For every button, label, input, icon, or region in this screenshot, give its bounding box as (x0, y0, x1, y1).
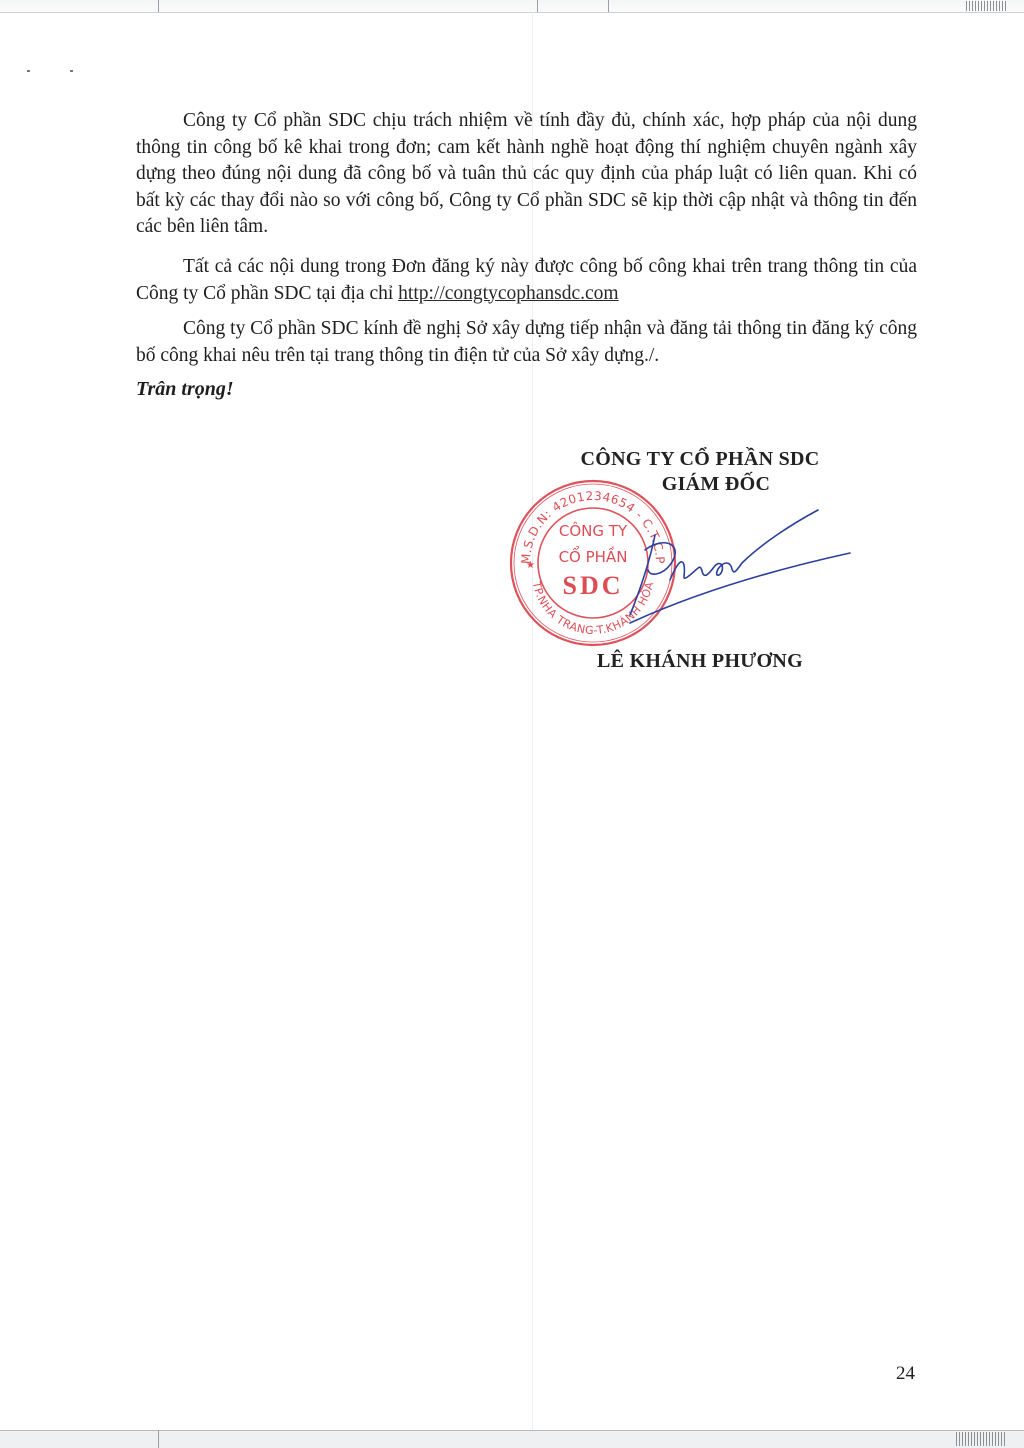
paragraph-request: Công ty Cổ phần SDC kính đề nghị Sở xây … (136, 316, 917, 369)
scan-mark (158, 1430, 159, 1448)
signer-name: LÊ KHÁNH PHƯƠNG (540, 650, 860, 673)
stamp-star-icon: ★ (526, 560, 535, 571)
scan-mark (158, 0, 159, 12)
closing-greeting: Trân trọng! (136, 378, 234, 401)
scan-mark (537, 0, 538, 12)
signer-company: CÔNG TY CỔ PHẦN SDC (540, 448, 860, 471)
handwritten-signature (610, 505, 860, 635)
page-number: 24 (896, 1363, 915, 1385)
scan-barcode (966, 1, 1006, 11)
paragraph-responsibility: Công ty Cổ phần SDC chịu trách nhiệm về … (136, 108, 917, 241)
scan-barcode (956, 1432, 1006, 1446)
scan-bottom-edge (0, 1430, 1024, 1448)
scan-speck (70, 70, 73, 72)
scan-mark (608, 0, 609, 12)
paragraph-publication: Tất cả các nội dung trong Đơn đăng ký nà… (136, 254, 917, 307)
scan-top-edge (0, 0, 1024, 13)
scan-speck (27, 70, 30, 72)
website-link[interactable]: http://congtycophansdc.com (398, 283, 618, 304)
